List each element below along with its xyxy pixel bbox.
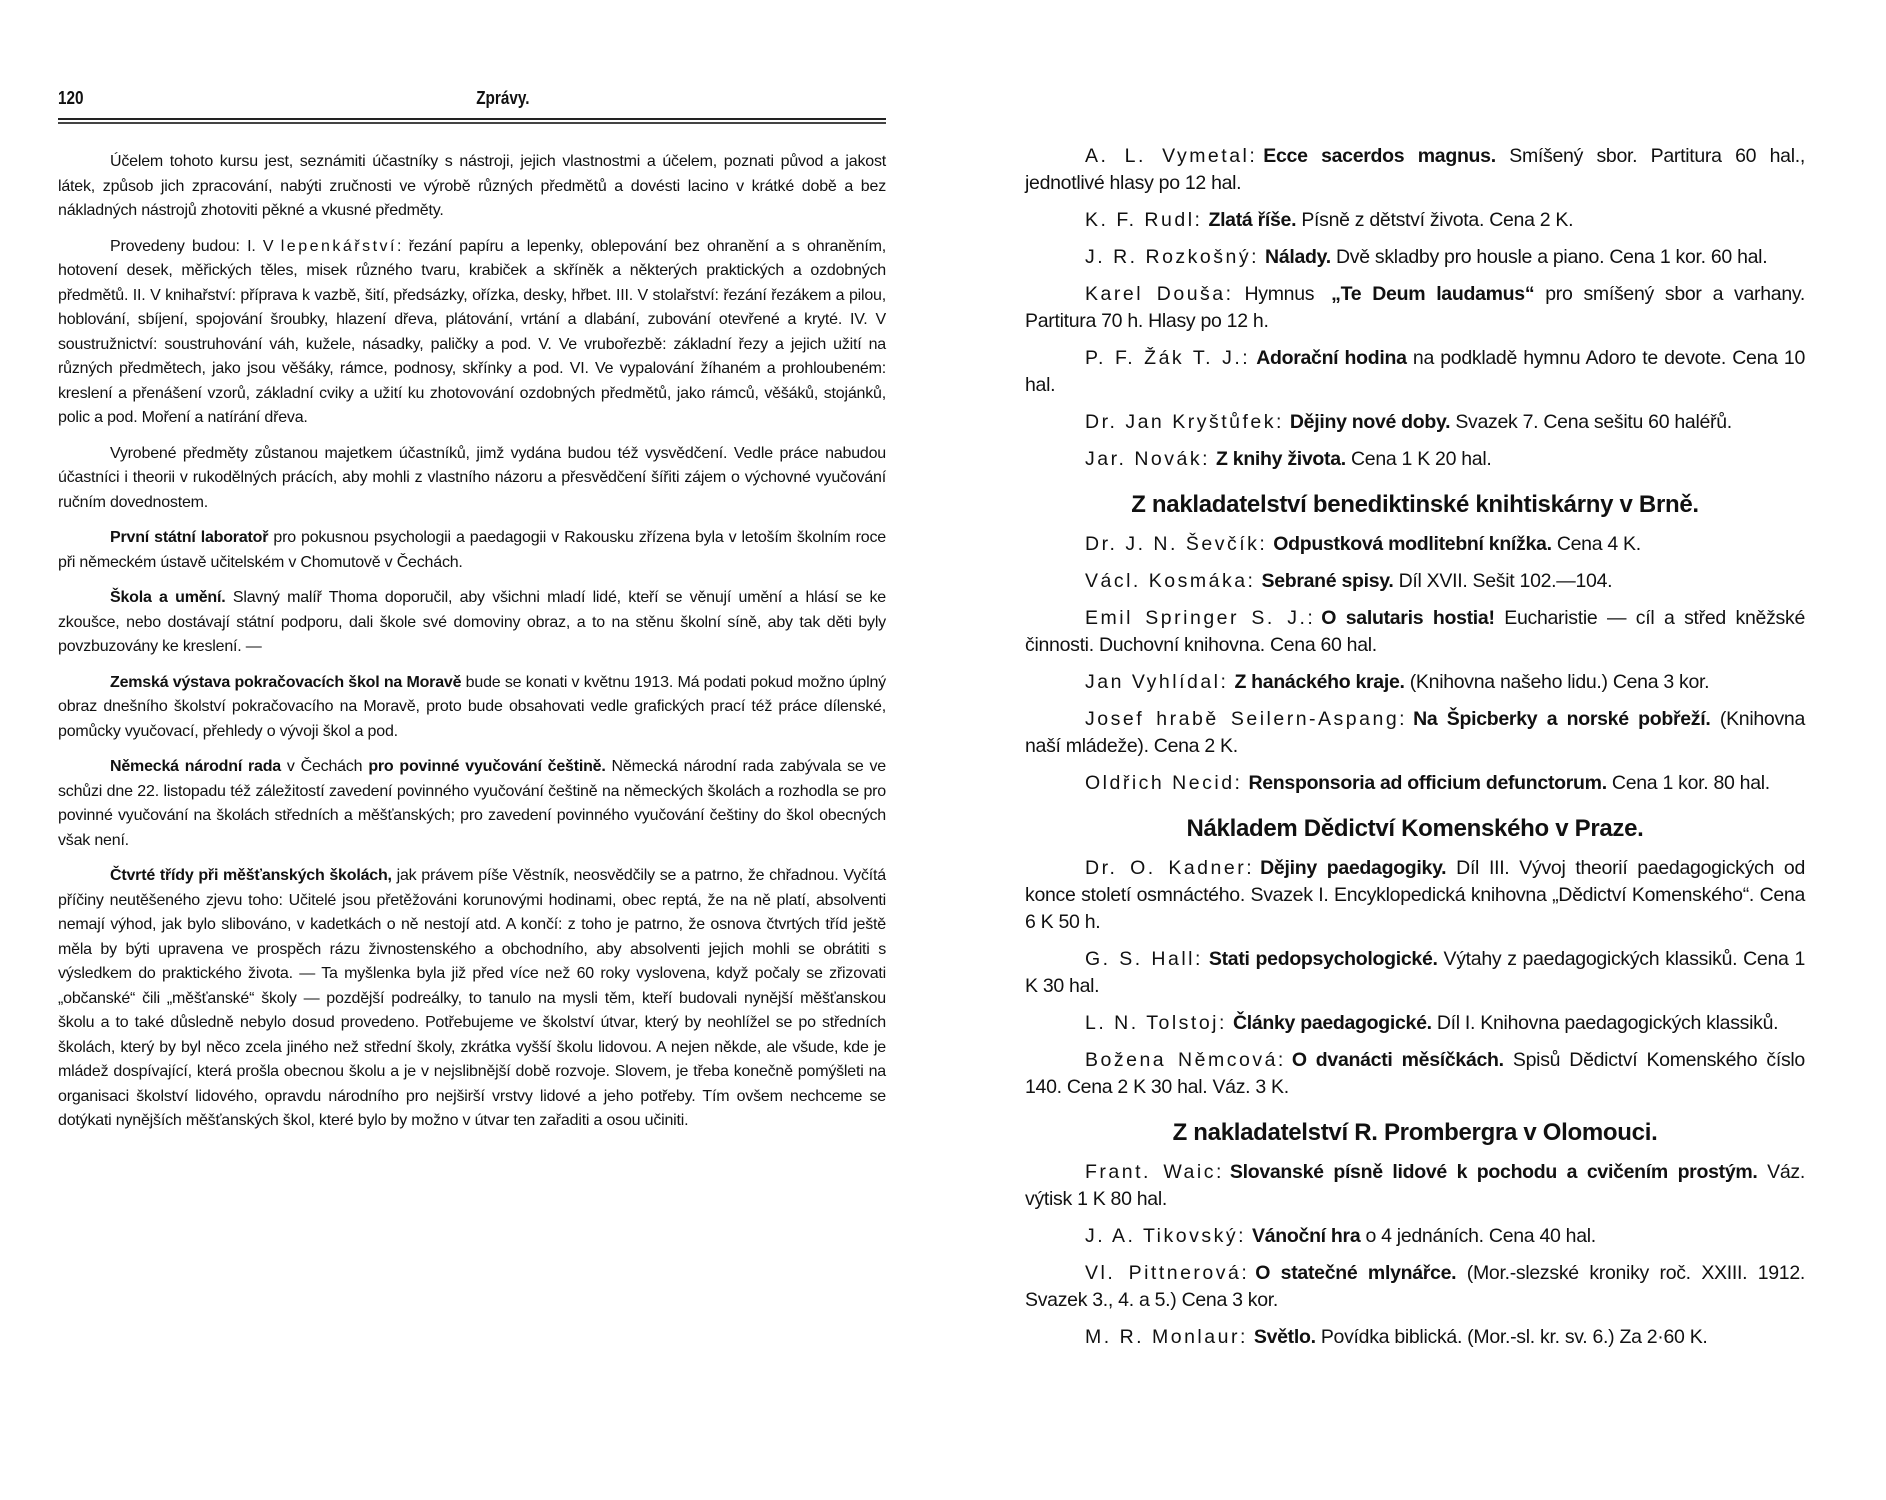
paragraph-heading: První státní laboratoř — [110, 529, 268, 546]
left-body: Účelem tohoto kursu jest, seznámiti účas… — [58, 150, 886, 1145]
entry-title: Z knihy života. — [1216, 448, 1346, 470]
entry-author: Dr. O. Kadner: — [1085, 857, 1254, 879]
entry-title: Zlatá říše. — [1208, 209, 1296, 231]
entry-title: O dvanácti měsíčkách. — [1292, 1049, 1504, 1071]
entry-author: L. N. Tolstoj: — [1085, 1012, 1227, 1034]
running-head: 120 Zprávy. — [58, 88, 762, 112]
entry-author: Božena Němcová: — [1085, 1049, 1286, 1071]
bibliography-entry: Václ. Kosmáka:Sebrané spisy. Díl XVII. S… — [1025, 568, 1805, 595]
paragraph-heading-2: pro povinné vyučování češtině. — [368, 758, 605, 775]
paragraph-course-purpose: Účelem tohoto kursu jest, seznámiti účas… — [58, 150, 886, 224]
entry-details: Cena 1 K 20 hal. — [1346, 448, 1492, 470]
entry-author: J. R. Rozkošný: — [1085, 246, 1259, 268]
paragraph-fourth-classes: Čtvrté třídy při měšťanských školách, ja… — [58, 864, 886, 1134]
bibliography-entry: Josef hrabě Seilern-Aspang:Na Špicberky … — [1025, 706, 1805, 760]
entry-details: Cena 4 K. — [1552, 533, 1641, 555]
entry-details: Cena 1 kor. 80 hal. — [1607, 772, 1770, 794]
entry-prefix: Hymnus — [1234, 283, 1326, 305]
paragraph-heading: Čtvrté třídy při měšťanských školách, — [110, 867, 392, 884]
entry-author: Jan Vyhlídal: — [1085, 671, 1228, 693]
section-heading-prague: Nákladem Dědictví Komenského v Praze. — [1025, 813, 1805, 845]
spaced-term: lepenkářství — [281, 238, 397, 255]
paragraph-lead: Provedeny budou: I. V — [110, 238, 281, 255]
entry-author: Dr. Jan Kryštůfek: — [1085, 411, 1284, 433]
bibliography-entry: Dr. J. N. Ševčík:Odpustková modlitební k… — [1025, 531, 1805, 558]
entry-author: A. L. Vymetal: — [1085, 145, 1257, 167]
paragraph-text: Vyrobené předměty zůstanou majetkem účas… — [58, 445, 886, 511]
paragraph-exhibition: Zemská výstava pokračovacích škol na Mor… — [58, 671, 886, 745]
entry-details: (Knihovna našeho lidu.) Cena 3 kor. — [1405, 671, 1710, 693]
entry-title: Na Špicberky a norské pobřeží. — [1413, 708, 1710, 730]
entry-title: Sebrané spisy. — [1261, 570, 1393, 592]
entries-prague: Dr. O. Kadner:Dějiny paedagogiky. Díl II… — [1025, 855, 1805, 1101]
header-rule — [58, 118, 886, 120]
bibliography-entry: Karel Douša: Hymnus „Te Deum laudamus“ p… — [1025, 281, 1805, 335]
entry-title: Dějiny paedagogiky. — [1260, 857, 1446, 879]
entry-title: „Te Deum laudamus“ — [1331, 283, 1534, 305]
entry-author: Josef hrabě Seilern-Aspang: — [1085, 708, 1407, 730]
entry-title: Rensponsoria ad officium defunctorum. — [1248, 772, 1606, 794]
paragraph-heading: Německá národní rada — [110, 758, 281, 775]
entry-title: Odpustková modlitební knížka. — [1273, 533, 1551, 555]
page-number: 120 — [58, 88, 84, 109]
bibliography-entry: M. R. Monlaur:Světlo. Povídka biblická. … — [1025, 1324, 1805, 1351]
entry-author: Karel Douša: — [1085, 283, 1234, 305]
entry-author: Oldřich Necid: — [1085, 772, 1242, 794]
entry-title: Ecce sacerdos magnus. — [1263, 145, 1496, 167]
bibliography-entry: J. R. Rozkošný:Nálady. Dvě skladby pro h… — [1025, 244, 1805, 271]
bibliography-entry: A. L. Vymetal:Ecce sacerdos magnus. Smíš… — [1025, 143, 1805, 197]
entry-title: Adorační hodina — [1256, 347, 1406, 369]
entry-title: Nálady. — [1265, 246, 1331, 268]
entry-details: Díl XVII. Sešit 102.—104. — [1394, 570, 1613, 592]
entry-title: Slovanské písně lidové k pochodu a cviče… — [1230, 1161, 1758, 1183]
entry-title: O statečné mlynářce. — [1255, 1262, 1456, 1284]
entry-title: Světlo. — [1254, 1326, 1316, 1348]
entry-author: Emil Springer S. J.: — [1085, 607, 1315, 629]
entry-title: Z hanáckého kraje. — [1234, 671, 1404, 693]
entry-author: P. F. Žák T. J.: — [1085, 347, 1250, 369]
paragraph-text: : řezání papíru a lepenky, oblepování be… — [58, 238, 886, 427]
entry-author: Václ. Kosmáka: — [1085, 570, 1255, 592]
bibliography-entry: Oldřich Necid:Rensponsoria ad officium d… — [1025, 770, 1805, 797]
entry-details: Písně z dětství života. Cena 2 K. — [1296, 209, 1573, 231]
paragraph-text: Účelem tohoto kursu jest, seznámiti účas… — [58, 153, 886, 219]
paragraph-heading: Zemská výstava pokračovacích škol na Mor… — [110, 674, 461, 691]
entry-author: Jar. Novák: — [1085, 448, 1210, 470]
bibliography-entry: G. S. Hall:Stati pedopsychologické. Výta… — [1025, 946, 1805, 1000]
bibliography-entry: J. A. Tikovský:Vánoční hra o 4 jednáních… — [1025, 1223, 1805, 1250]
entries-brno: Dr. J. N. Ševčík:Odpustková modlitební k… — [1025, 531, 1805, 797]
section-heading-brno: Z nakladatelství benediktinské knihtiská… — [1025, 489, 1805, 521]
paragraph-national-council: Německá národní rada v Čechách pro povin… — [58, 755, 886, 853]
entry-details: Svazek 7. Cena sešitu 60 haléřů. — [1450, 411, 1732, 433]
entry-details: Dvě skladby pro housle a piano. Cena 1 k… — [1331, 246, 1767, 268]
paragraph-certificates: Vyrobené předměty zůstanou majetkem účas… — [58, 442, 886, 516]
bibliography-entry: Frant. Waic:Slovanské písně lidové k poc… — [1025, 1159, 1805, 1213]
entry-author: J. A. Tikovský: — [1085, 1225, 1246, 1247]
bibliography-entry: Emil Springer S. J.:O salutaris hostia! … — [1025, 605, 1805, 659]
entry-title: Dějiny nové doby. — [1290, 411, 1450, 433]
bibliography-entry: Božena Němcová:O dvanácti měsíčkách. Spi… — [1025, 1047, 1805, 1101]
bibliography-entry: Dr. Jan Kryštůfek:Dějiny nové doby. Svaz… — [1025, 409, 1805, 436]
paragraph-mid: v Čechách — [281, 758, 368, 775]
bibliography-entry: P. F. Žák T. J.:Adorační hodina na podkl… — [1025, 345, 1805, 399]
bibliography-entry: Dr. O. Kadner:Dějiny paedagogiky. Díl II… — [1025, 855, 1805, 936]
bibliography-entry: L. N. Tolstoj:Články paedagogické. Díl I… — [1025, 1010, 1805, 1037]
bibliography-entry: Jar. Novák:Z knihy života. Cena 1 K 20 h… — [1025, 446, 1805, 473]
paragraph-heading: Škola a umění. — [110, 589, 226, 606]
entry-author: Frant. Waic: — [1085, 1161, 1224, 1183]
running-title: Zprávy. — [476, 88, 529, 109]
entry-title: Vánoční hra — [1252, 1225, 1360, 1247]
bibliography-entry: Vl. Pittnerová:O statečné mlynářce. (Mor… — [1025, 1260, 1805, 1314]
entry-author: Dr. J. N. Ševčík: — [1085, 533, 1267, 555]
section-heading-olomouc: Z nakladatelství R. Prombergra v Olomouc… — [1025, 1117, 1805, 1149]
entry-title: Články paedagogické. — [1233, 1012, 1432, 1034]
right-body: A. L. Vymetal:Ecce sacerdos magnus. Smíš… — [1025, 143, 1805, 1361]
header-rule-secondary — [58, 122, 886, 124]
paragraph-state-laboratory: První státní laboratoř pro pokusnou psyc… — [58, 526, 886, 575]
entry-author: Vl. Pittnerová: — [1085, 1262, 1249, 1284]
entry-author: G. S. Hall: — [1085, 948, 1203, 970]
entries-olomouc: Frant. Waic:Slovanské písně lidové k poc… — [1025, 1159, 1805, 1351]
bibliography-entry: Jan Vyhlídal:Z hanáckého kraje. (Knihovn… — [1025, 669, 1805, 696]
entry-details: o 4 jednáních. Cena 40 hal. — [1360, 1225, 1596, 1247]
bibliography-entry: K. F. Rudl:Zlatá říše. Písně z dětství ž… — [1025, 207, 1805, 234]
entry-title: O salutaris hostia! — [1321, 607, 1494, 629]
entry-details: Povídka biblická. (Mor.-sl. kr. sv. 6.) … — [1316, 1326, 1708, 1348]
paragraph-text: jak právem píše Věstník, neosvědčily se … — [58, 867, 886, 1129]
entry-title: Stati pedopsychologické. — [1209, 948, 1438, 970]
paragraph-course-program: Provedeny budou: I. V lepenkářství: řezá… — [58, 235, 886, 431]
paragraph-school-and-art: Škola a umění. Slavný malíř Thoma doporu… — [58, 586, 886, 660]
entry-author: K. F. Rudl: — [1085, 209, 1202, 231]
entries-top: A. L. Vymetal:Ecce sacerdos magnus. Smíš… — [1025, 143, 1805, 473]
entry-details: Díl I. Knihovna paedagogických klassiků. — [1432, 1012, 1778, 1034]
entry-author: M. R. Monlaur: — [1085, 1326, 1248, 1348]
